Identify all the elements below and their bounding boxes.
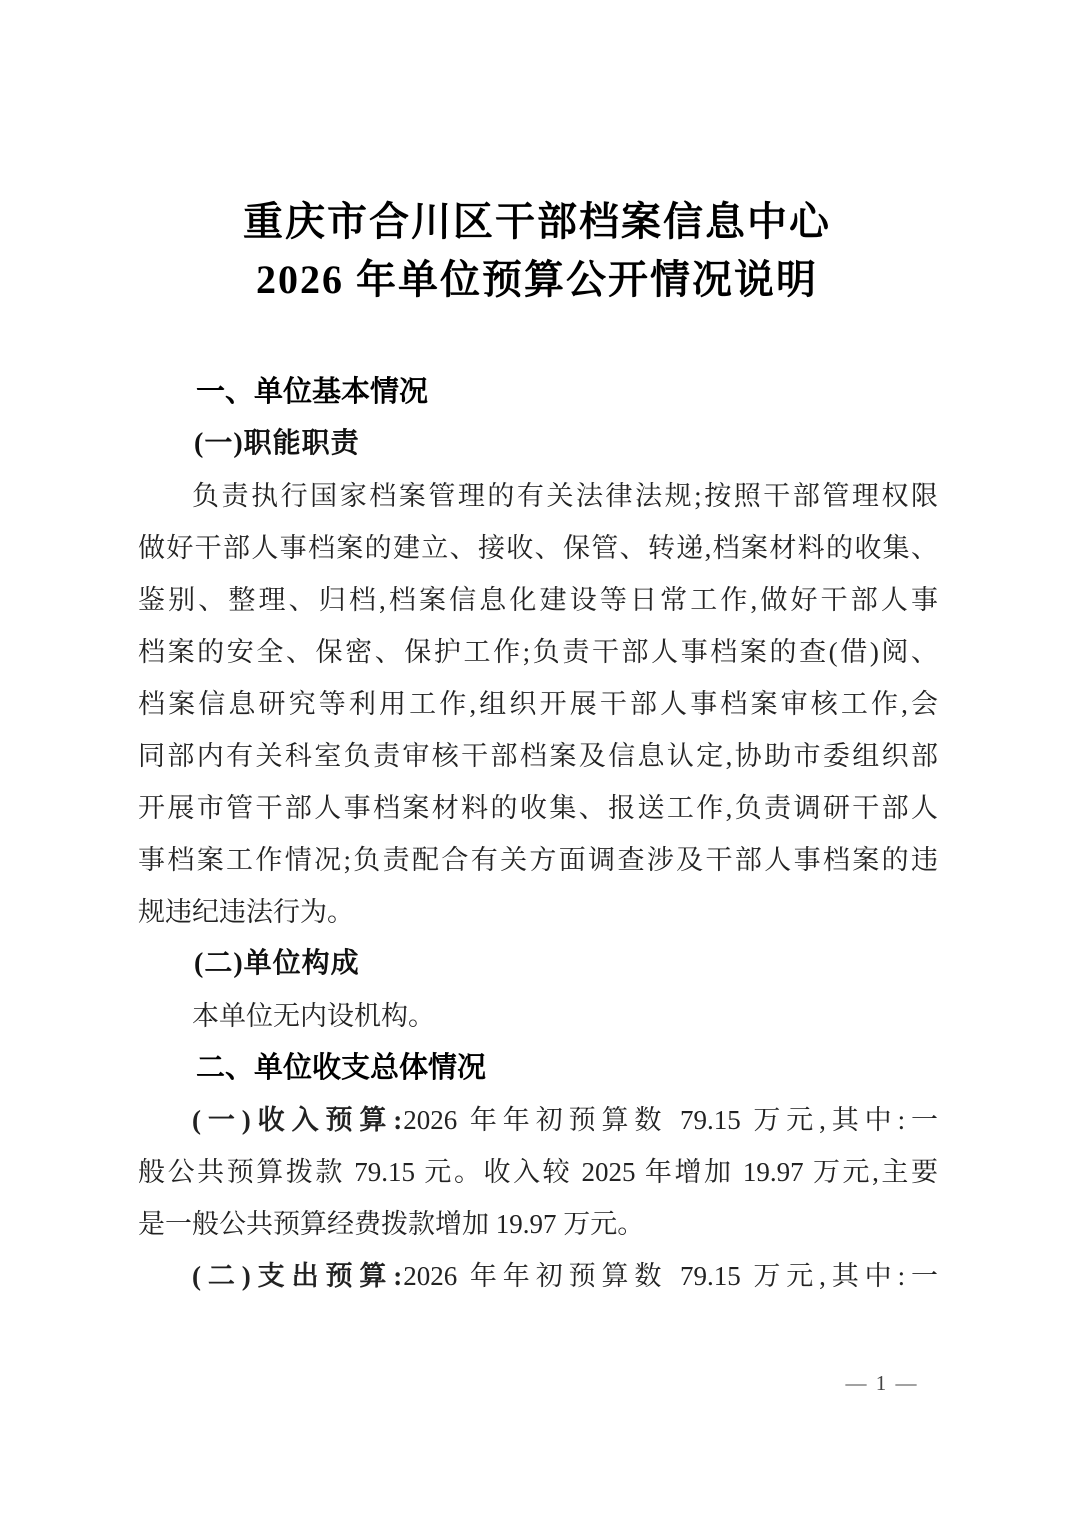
composition-paragraph-line: 本单位无内设机构。 bbox=[138, 990, 938, 1042]
page-number: — 1 — bbox=[827, 1368, 937, 1398]
duties-paragraph-line-8: 事档案工作情况;负责配合有关方面调查涉及干部人事档案的违 bbox=[138, 834, 938, 886]
duties-paragraph-line-2: 做好干部人事档案的建立、接收、保管、转递,档案材料的收集、 bbox=[138, 522, 938, 574]
section-2-heading: 二、单位收支总体情况 bbox=[138, 1042, 938, 1094]
expenditure-paragraph-lead: (二)支出预算: bbox=[192, 1261, 403, 1291]
title-line-2: 2026 年单位预算公开情况说明 bbox=[0, 251, 1074, 309]
expenditure-paragraph-line-1-rest: 2026 年年初预算数 79.15 万元,其中:一 bbox=[403, 1261, 938, 1291]
section-1-heading: 一、单位基本情况 bbox=[138, 366, 938, 418]
duties-paragraph-line-7: 开展市管干部人事档案材料的收集、报送工作,负责调研干部人 bbox=[138, 782, 938, 834]
income-paragraph-lead: (一)收入预算: bbox=[192, 1105, 403, 1135]
income-paragraph-line-1-rest: 2026 年年初预算数 79.15 万元,其中:一 bbox=[403, 1105, 938, 1135]
income-paragraph-line-1: (一)收入预算:2026 年年初预算数 79.15 万元,其中:一 bbox=[138, 1094, 938, 1146]
section-1-sub-2-heading: (二)单位构成 bbox=[138, 938, 938, 990]
document-page: 重庆市合川区干部档案信息中心 2026 年单位预算公开情况说明 一、单位基本情况… bbox=[0, 0, 1074, 1520]
duties-paragraph-line-4: 档案的安全、保密、保护工作;负责干部人事档案的查(借)阅、 bbox=[138, 626, 938, 678]
expenditure-paragraph-line-1: (二)支出预算:2026 年年初预算数 79.15 万元,其中:一 bbox=[138, 1250, 938, 1302]
document-title: 重庆市合川区干部档案信息中心 2026 年单位预算公开情况说明 bbox=[0, 0, 1074, 309]
duties-paragraph-line-3: 鉴别、整理、归档,档案信息化建设等日常工作,做好干部人事 bbox=[138, 574, 938, 626]
duties-paragraph-line-6: 同部内有关科室负责审核干部档案及信息认定,协助市委组织部 bbox=[138, 730, 938, 782]
duties-paragraph-line-9: 规违纪违法行为。 bbox=[138, 886, 938, 938]
title-line-1: 重庆市合川区干部档案信息中心 bbox=[0, 193, 1074, 251]
section-1-sub-1-heading: (一)职能职责 bbox=[138, 418, 938, 470]
duties-paragraph-line-1: 负责执行国家档案管理的有关法律法规;按照干部管理权限 bbox=[138, 470, 938, 522]
income-paragraph-line-2: 般公共预算拨款 79.15 元。收入较 2025 年增加 19.97 万元,主要 bbox=[138, 1146, 938, 1198]
income-paragraph-line-3: 是一般公共预算经费拨款增加 19.97 万元。 bbox=[138, 1198, 938, 1250]
duties-paragraph-line-5: 档案信息研究等利用工作,组织开展干部人事档案审核工作,会 bbox=[138, 678, 938, 730]
document-body: 一、单位基本情况 (一)职能职责 负责执行国家档案管理的有关法律法规;按照干部管… bbox=[138, 366, 938, 1302]
